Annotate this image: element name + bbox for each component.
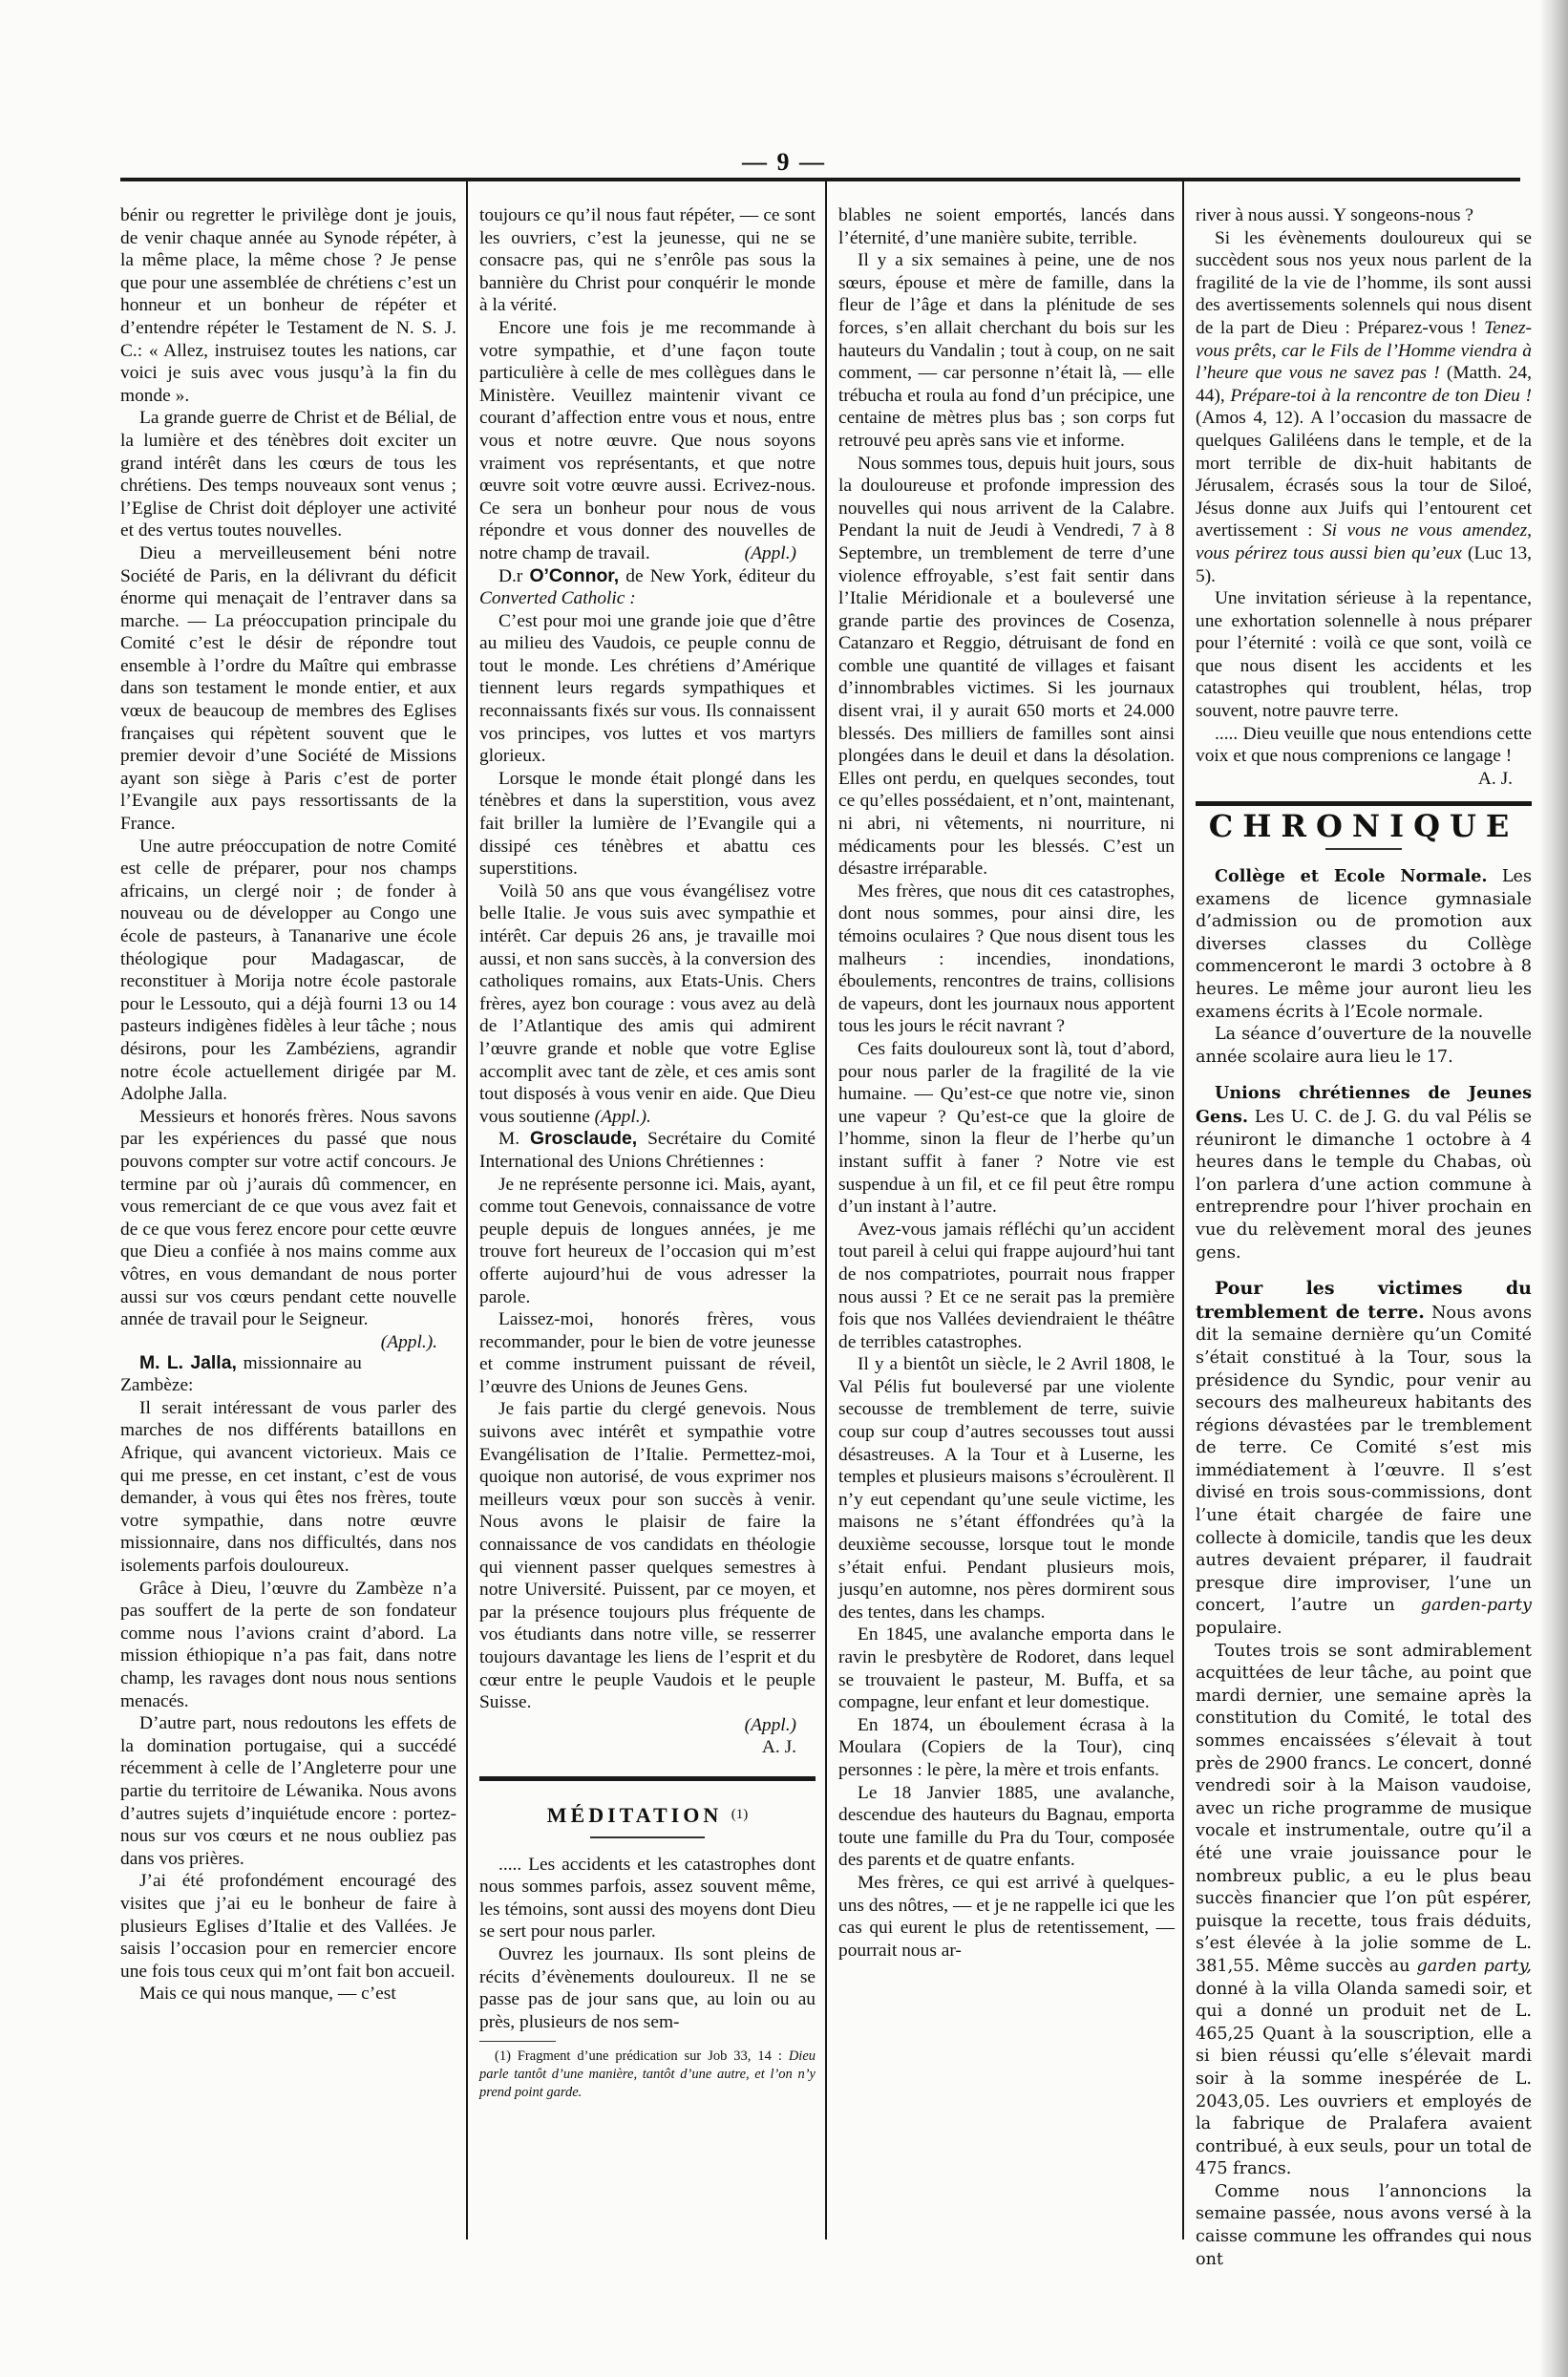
paragraph: La grande guerre de Christ et de Bélial,… — [120, 407, 456, 542]
column-divider — [466, 181, 468, 2239]
news-text: donné à la villa Olanda samedi soir, et … — [1196, 1980, 1532, 2179]
paragraph: Ces faits douloureux sont là, tout d’abo… — [838, 1038, 1175, 1219]
signature: A. J. — [1196, 768, 1532, 791]
paragraph-text: Encore une fois je me recommande à votre… — [479, 318, 816, 563]
paragraph: En 1845, une avalanche emporta dans le r… — [838, 1624, 1175, 1713]
paragraph: Voilà 50 ans que vous évangélisez votre … — [479, 881, 816, 1129]
section-rule — [479, 1776, 816, 1781]
news-text: Toutes trois se sont admirablement acqui… — [1196, 1642, 1532, 1976]
applause-note: (Appl.). — [362, 1331, 456, 1354]
paragraph: Grâce à Dieu, l’œuvre du Zambèze n’a pas… — [120, 1578, 456, 1713]
paragraph: Mes frères, ce qui est arrivé à quelques… — [838, 1872, 1175, 1962]
paragraph: Si les évènements douloureux qui se succ… — [1196, 227, 1532, 588]
speaker-name: M. L. Jalla, — [139, 1352, 237, 1373]
speaker-name: Grosclaude, — [530, 1128, 637, 1149]
footnote: (1) Fragment d’une prédication sur Job 3… — [479, 2048, 816, 2102]
speaker-name: O’Connor, — [529, 565, 619, 586]
paragraph: Laissez-moi, honorés frères, vous recomm… — [479, 1308, 816, 1398]
paragraph: Mais ce qui nous manque, — c’est — [120, 1983, 456, 2006]
paragraph: Lorsque le monde était plongé dans les t… — [479, 768, 816, 881]
applause-text: (Appl.) — [745, 1715, 796, 1735]
news-item: Unions chrétiennes de Jeunes Gens. Les U… — [1196, 1082, 1532, 1264]
column-2: toujours ce qu’il nous faut répéter, — c… — [479, 204, 816, 2102]
applause-note: (Appl.) — [726, 542, 816, 565]
paragraph: Il y a six semaines à peine, une de nos … — [838, 249, 1175, 452]
ornament-rule — [590, 1836, 705, 1838]
paragraph: river à nous aussi. Y songeons-nous ? — [1196, 204, 1532, 227]
footnote-ref: (1) — [731, 1807, 749, 1822]
paragraph: Il y a bientôt un siècle, le 2 Avril 180… — [838, 1353, 1175, 1624]
heading-text: MÉDITATION — [547, 1803, 722, 1827]
column-divider — [825, 181, 827, 2239]
paragraph: C’est pour moi une grande joie que d’êtr… — [479, 610, 816, 768]
signature: A. J. — [479, 1736, 816, 1759]
paragraph: Nous sommes tous, depuis huit jours, sou… — [838, 453, 1175, 881]
paragraph: En 1874, un éboulement écrasa à la Moula… — [838, 1714, 1175, 1782]
paragraph: Je ne représente personne ici. Mais, aya… — [479, 1174, 816, 1309]
paragraph-text: Voilà 50 ans que vous évangélisez votre … — [479, 881, 816, 1127]
news-item: Comme nous l’annoncions la semaine passé… — [1196, 2181, 1532, 2271]
header-rule — [120, 178, 1520, 181]
column-1: bénir ou regretter le privilège dont je … — [120, 204, 456, 2006]
paragraph: Une autre préoccupation de notre Comité … — [120, 836, 456, 1106]
paragraph: Le 18 Janvier 1885, une avalanche, desce… — [838, 1782, 1175, 1872]
paragraph: Encore une fois je me recommande à votre… — [479, 317, 816, 565]
paragraph: Avez-vous jamais réfléchi qu’un accident… — [838, 1219, 1175, 1354]
applause-note: (Appl.) — [479, 1714, 816, 1737]
paragraph: Ouvrez les journaux. Ils sont pleins de … — [479, 1943, 816, 2033]
paragraph: Une invitation sérieuse à la repentance,… — [1196, 587, 1532, 723]
paragraph: D’autre part, nous redoutons les effets … — [120, 1712, 456, 1870]
news-italic: garden party, — [1417, 1957, 1532, 1976]
journal-title: Converted Catholic : — [479, 588, 636, 608]
news-item: Toutes trois se sont admirablement acqui… — [1196, 1641, 1532, 2181]
news-item: Collège et Ecole Normale. Les examens de… — [1196, 865, 1532, 1024]
news-text: Les U. C. de J. G. du val Pélis se réuni… — [1196, 1108, 1532, 1263]
news-item: La séance d’ouverture de la nouvelle ann… — [1196, 1024, 1532, 1069]
paragraph: Mes frères, que nous dit ces catastrophe… — [838, 881, 1175, 1038]
chronique-body: Collège et Ecole Normale. Les examens de… — [1196, 865, 1532, 2271]
scripture-quote: Prépare-toi à la rencontre de ton Dieu ! — [1230, 386, 1532, 406]
speaker-prefix: D.r — [498, 566, 529, 586]
section-rule — [1196, 801, 1532, 806]
text: Si les évènements douloureux qui se succ… — [1196, 228, 1532, 338]
column-3: blables ne soient emportés, lancés dans … — [838, 204, 1175, 1962]
news-title: Collège et Ecole Normale. — [1215, 866, 1488, 886]
footnote-rule — [479, 2041, 556, 2042]
footnote-text: (1) Fragment d’une prédication sur Job 3… — [495, 2048, 789, 2064]
news-text: Les examens de licence gymnasiale d’admi… — [1196, 867, 1532, 1022]
speaker-intro-oconnor: D.r O’Connor, de New York, éditeur du Co… — [479, 565, 816, 610]
applause-note: (Appl.). — [595, 1107, 651, 1127]
ornament-rule — [1325, 848, 1402, 850]
paragraph: Dieu a merveilleusement béni notre Socié… — [120, 542, 456, 836]
news-item: Pour les victimes du tremblement de terr… — [1196, 1278, 1532, 1641]
speaker-intro-grosclaude: M. Grosclaude, Secrétaire du Comité Inte… — [479, 1128, 816, 1173]
paragraph-text: Messieurs et honorés frères. Nous savons… — [120, 1107, 456, 1329]
column-divider — [1182, 181, 1184, 2239]
paragraph: ..... Dieu veuille que nous entendions c… — [1196, 723, 1532, 768]
page-edge-shadow — [1539, 0, 1568, 2377]
meditation-heading: MÉDITATION (1) — [479, 1804, 816, 1827]
speaker-prefix: M. — [498, 1129, 530, 1149]
speaker-role: de New York, éditeur du — [619, 566, 816, 586]
chronique-heading: CHRONIQUE — [1196, 816, 1532, 838]
news-text: populaire. — [1196, 1619, 1282, 1638]
paragraph: blables ne soient emportés, lancés dans … — [838, 204, 1175, 249]
paragraph: ..... Les accidents et les catastrophes … — [479, 1854, 816, 1943]
paragraph: Messieurs et honorés frères. Nous savons… — [120, 1106, 456, 1331]
news-italic: garden-party — [1421, 1596, 1532, 1615]
speaker-intro-jalla: M. L. Jalla, missionnaire au Zambèze: — [120, 1352, 456, 1397]
news-text: Nous avons dit la semaine dernière qu’un… — [1196, 1304, 1532, 1616]
paragraph: J’ai été profondément encouragé des visi… — [120, 1870, 456, 1983]
column-4: river à nous aussi. Y songeons-nous ? Si… — [1196, 204, 1532, 2271]
paragraph: bénir ou regretter le privilège dont je … — [120, 204, 456, 407]
paragraph: Je fais partie du clergé genevois. Nous … — [479, 1398, 816, 1713]
page-number: — 9 — — [0, 148, 1568, 177]
paragraph: toujours ce qu’il nous faut répéter, — c… — [479, 204, 816, 317]
paragraph: Il serait intéressant de vous parler des… — [120, 1397, 456, 1578]
